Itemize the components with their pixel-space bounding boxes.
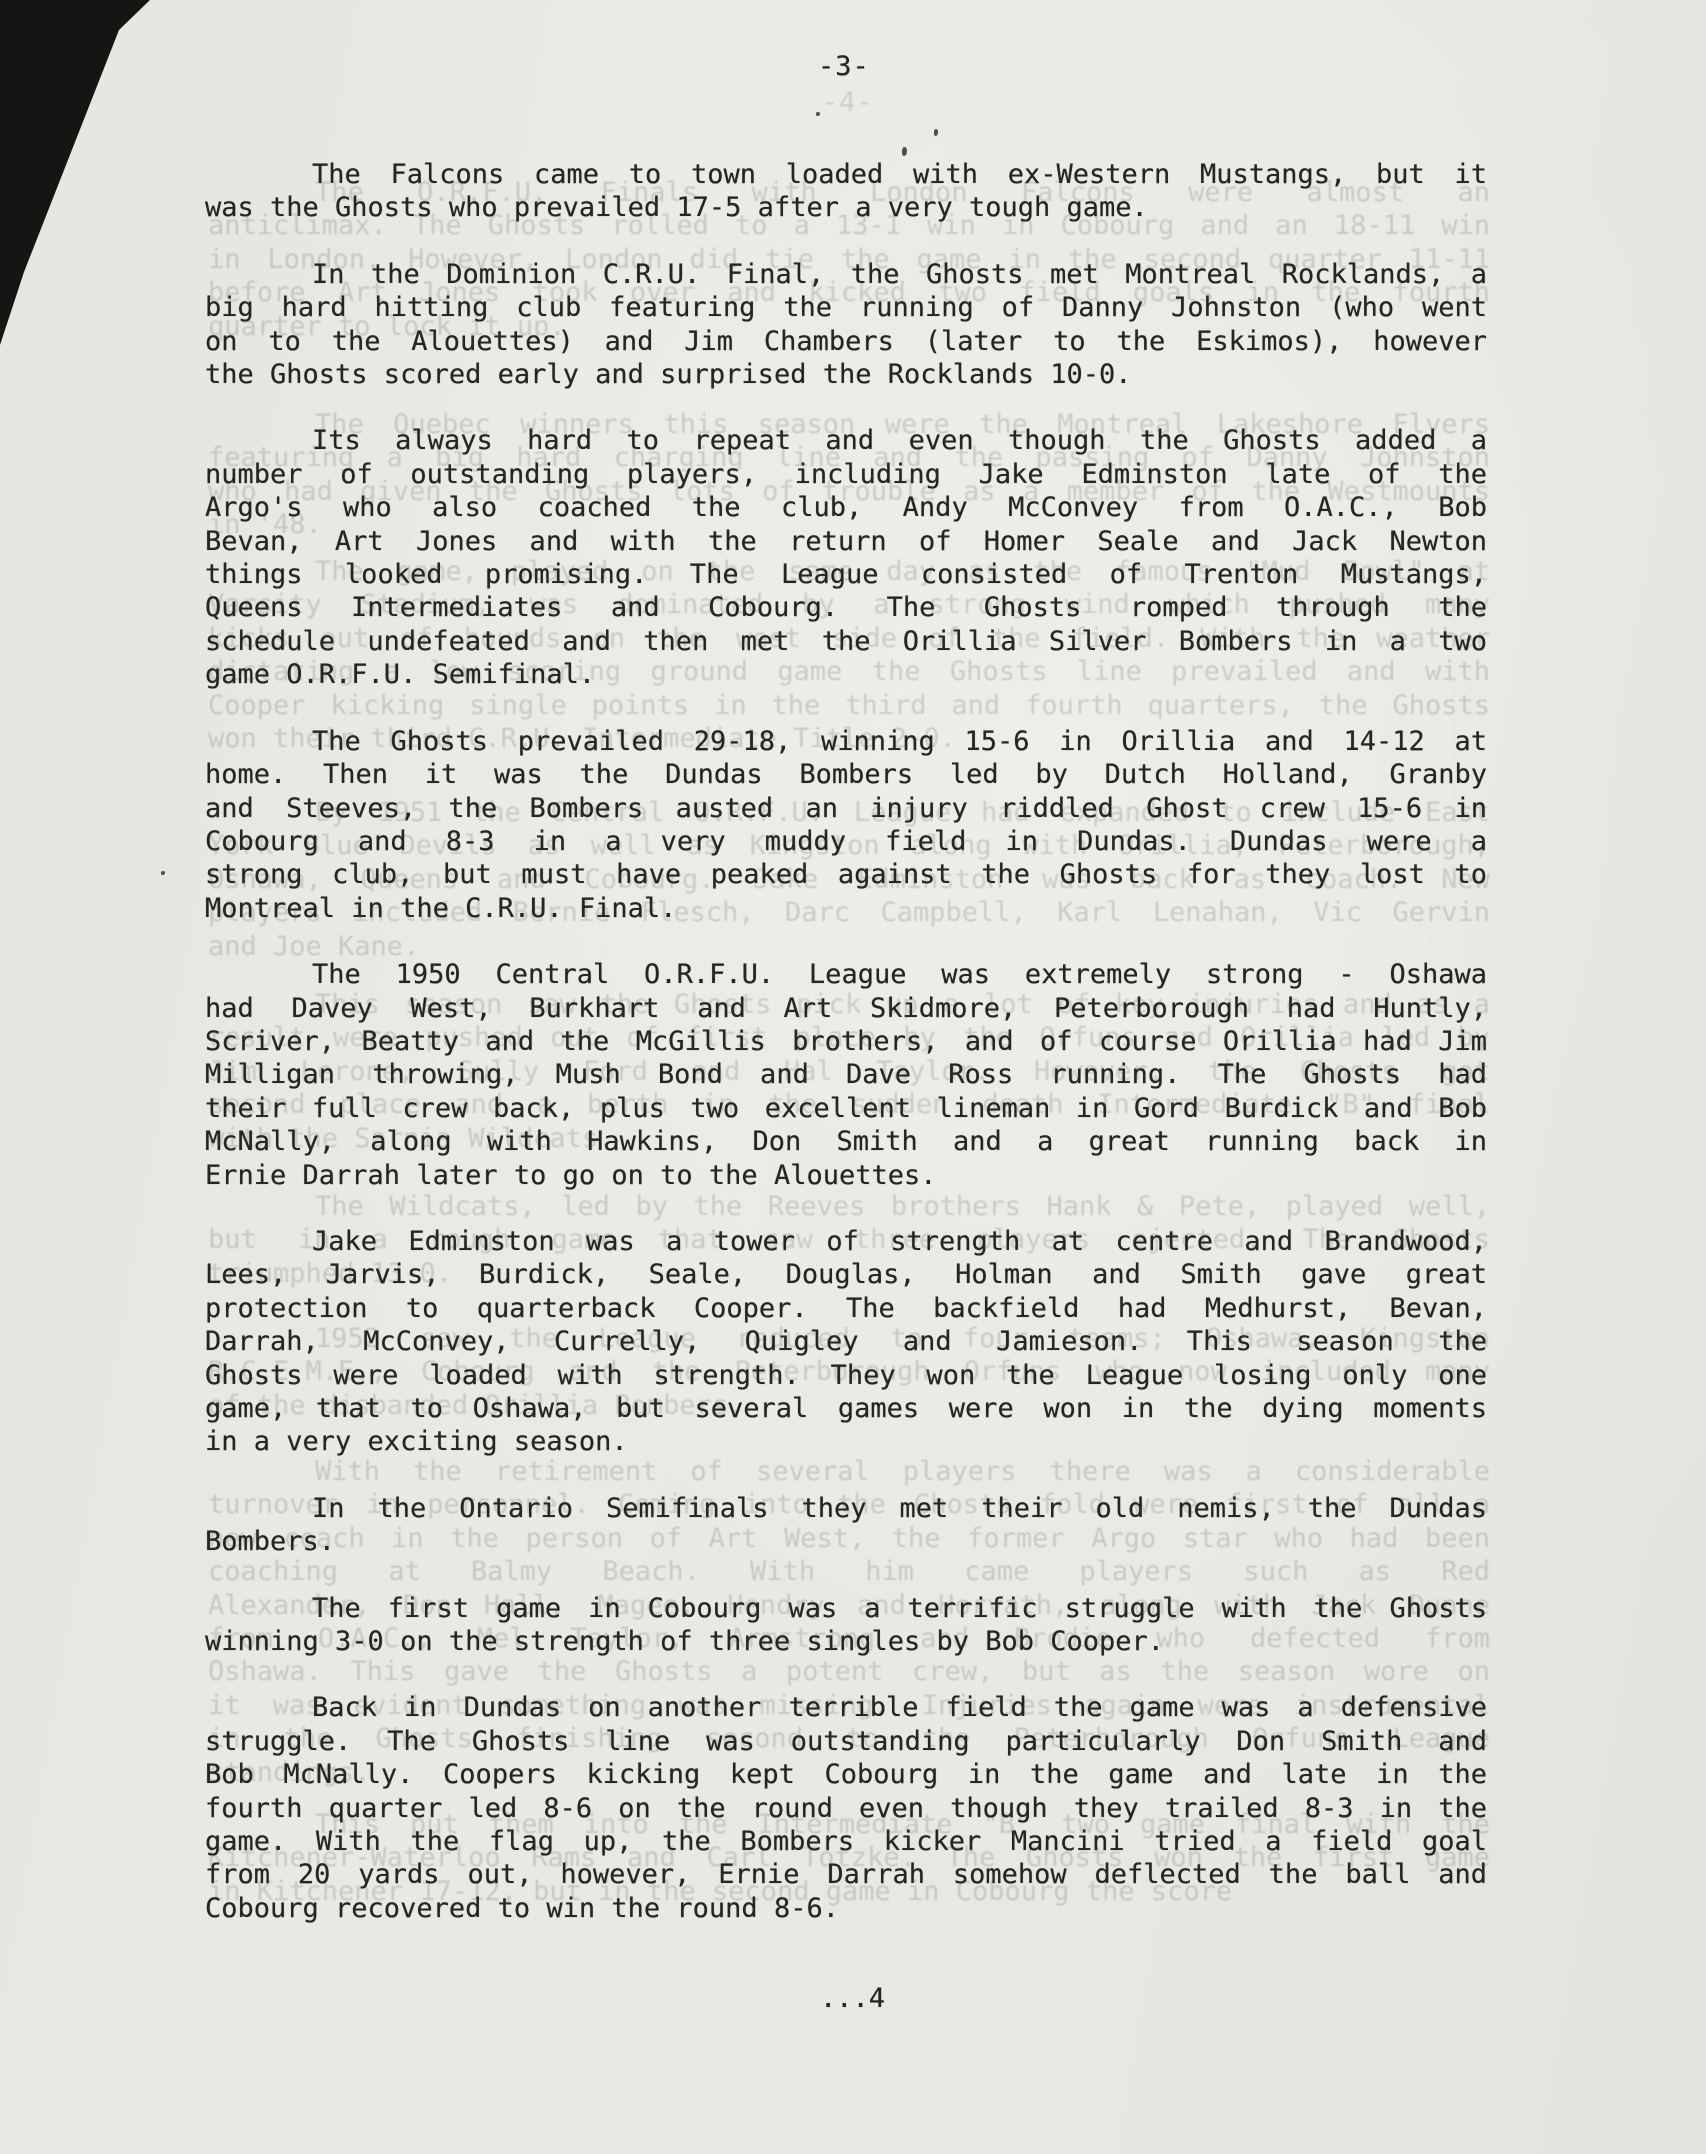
text-line: The Falcons came to town loaded with ex-…	[205, 158, 1487, 191]
text-line: Scriver, Beatty and the McGillis brother…	[205, 1025, 1487, 1058]
text-line: In the Dominion C.R.U. Final, the Ghosts…	[205, 258, 1487, 291]
text-line: Argo's who also coached the club, Andy M…	[205, 491, 1487, 524]
text-line: struggle. The Ghosts line was outstandin…	[205, 1725, 1487, 1758]
text-line: from 20 yards out, however, Ernie Darrah…	[205, 1858, 1487, 1891]
text-line: McNally, along with Hawkins, Don Smith a…	[205, 1125, 1487, 1158]
scan-speck	[161, 871, 165, 875]
text-line: Bombers.	[205, 1525, 1487, 1558]
page-number-header: -3-	[818, 50, 870, 83]
text-line: Jake Edminston was a tower of strength a…	[205, 1225, 1487, 1258]
text-line: Cobourg and 8-3 in a very muddy field in…	[205, 825, 1487, 858]
scan-speck	[816, 112, 820, 116]
text-line: The Ghosts prevailed 29-18, winning 15-6…	[205, 725, 1487, 758]
text-line: game O.R.F.U. Semifinal.	[205, 658, 1487, 691]
bleed-through-page-number: -4-	[822, 86, 874, 119]
scan-speck	[902, 147, 907, 156]
text-line: Bob McNally. Coopers kicking kept Cobour…	[205, 1758, 1487, 1791]
scan-corner-fold	[0, 0, 200, 400]
text-line: Montreal in the C.R.U. Final.	[205, 892, 1487, 925]
text-line: Milligan throwing, Mush Bond and Dave Ro…	[205, 1058, 1487, 1091]
text-line: the Ghosts scored early and surprised th…	[205, 358, 1487, 391]
text-line: Cobourg recovered to win the round 8-6.	[205, 1892, 1487, 1925]
page-continuation-footer: ...4	[820, 1982, 885, 2015]
text-line: Ernie Darrah later to go on to the Aloue…	[205, 1159, 1487, 1192]
text-line: The first game in Cobourg was a terrific…	[205, 1592, 1487, 1625]
text-line: game. With the flag up, the Bombers kick…	[205, 1825, 1487, 1858]
text-line: Bevan, Art Jones and with the return of …	[205, 525, 1487, 558]
text-line: was the Ghosts who prevailed 17-5 after …	[205, 191, 1487, 224]
paragraph: In the Ontario Semifinals they met their…	[205, 1492, 1487, 1559]
text-line: big hard hitting club featuring the runn…	[205, 291, 1487, 324]
text-line: Darrah, McConvey, Currelly, Quigley and …	[205, 1325, 1487, 1358]
text-line: and Steeves, the Bombers austed an injur…	[205, 792, 1487, 825]
text-line: their full crew back, plus two excellent…	[205, 1092, 1487, 1125]
text-line: in a very exciting season.	[205, 1425, 1487, 1458]
paragraph: The Falcons came to town loaded with ex-…	[205, 158, 1487, 225]
text-line: Back in Dundas on another terrible field…	[205, 1691, 1487, 1724]
text-line: In the Ontario Semifinals they met their…	[205, 1492, 1487, 1525]
text-line: number of outstanding players, including…	[205, 458, 1487, 491]
text-line: fourth quarter led 8-6 on the round even…	[205, 1792, 1487, 1825]
text-line: schedule undefeated and then met the Ori…	[205, 625, 1487, 658]
paragraph: Jake Edminston was a tower of strength a…	[205, 1225, 1487, 1459]
scan-speck	[934, 129, 938, 136]
text-line: home. Then it was the Dundas Bombers led…	[205, 758, 1487, 791]
body-text: The Falcons came to town loaded with ex-…	[205, 158, 1487, 1958]
paragraph: The 1950 Central O.R.F.U. League was ext…	[205, 958, 1487, 1192]
text-line: protection to quarterback Cooper. The ba…	[205, 1292, 1487, 1325]
text-line: on to the Alouettes) and Jim Chambers (l…	[205, 325, 1487, 358]
text-line: strong club, but must have peaked agains…	[205, 858, 1487, 891]
text-line: The 1950 Central O.R.F.U. League was ext…	[205, 958, 1487, 991]
paragraph: The Ghosts prevailed 29-18, winning 15-6…	[205, 725, 1487, 925]
text-line: game, that to Oshawa, but several games …	[205, 1392, 1487, 1425]
text-line: Queens Intermediates and Cobourg. The Gh…	[205, 591, 1487, 624]
paragraph: In the Dominion C.R.U. Final, the Ghosts…	[205, 258, 1487, 392]
scanned-document-page: -4- -3- The O.R.F.U. Finals with London …	[0, 0, 1706, 2154]
text-line: Ghosts were loaded with strength. They w…	[205, 1359, 1487, 1392]
paragraph: The first game in Cobourg was a terrific…	[205, 1592, 1487, 1659]
text-line: Lees, Jarvis, Burdick, Seale, Douglas, H…	[205, 1258, 1487, 1291]
text-line: things looked promising. The League cons…	[205, 558, 1487, 591]
paragraph: Back in Dundas on another terrible field…	[205, 1691, 1487, 1925]
text-line: winning 3-0 on the strength of three sin…	[205, 1625, 1487, 1658]
text-line: had Davey West, Burkhart and Art Skidmor…	[205, 992, 1487, 1025]
text-line: Its always hard to repeat and even thoug…	[205, 424, 1487, 457]
paragraph: Its always hard to repeat and even thoug…	[205, 424, 1487, 691]
